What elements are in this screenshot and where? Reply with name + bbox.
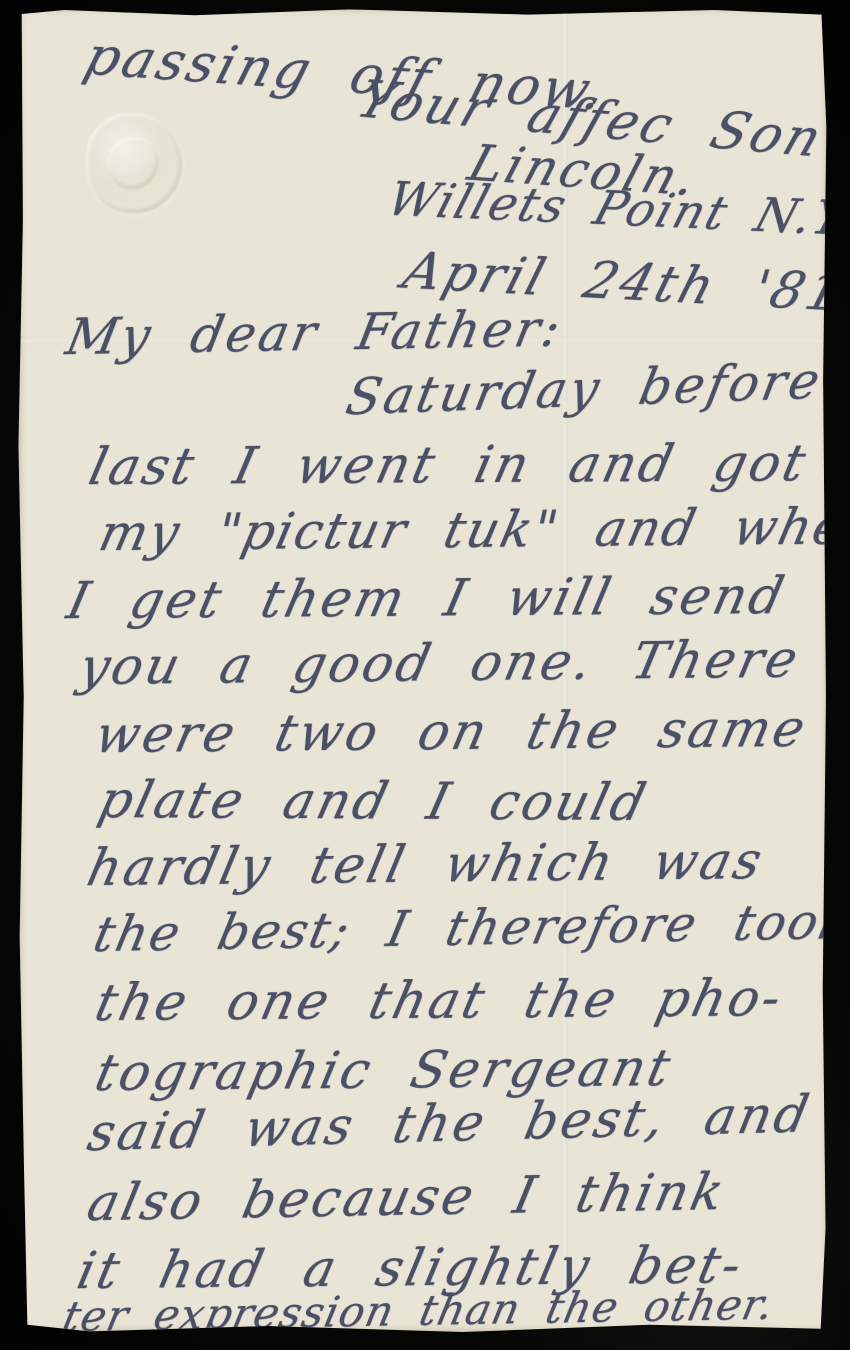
body-line: also because I think — [83, 1167, 731, 1229]
body-line: Saturday before — [342, 355, 826, 422]
letter-page: passing off now. Your affec Son Lincoln.… — [16, 8, 828, 1334]
body-line: I get them I will send — [63, 571, 791, 627]
body-line: last I went in and got — [84, 438, 812, 493]
body-line: the one that the pho- — [91, 973, 789, 1029]
body-line: ter expression than the other. — [59, 1284, 778, 1339]
embossed-seal — [86, 113, 182, 213]
body-line: you a good one. There — [75, 634, 805, 693]
body-line: the best; I therefore took — [90, 897, 850, 959]
letter-scan: passing off now. Your affec Son Lincoln.… — [0, 0, 850, 1350]
body-line: plate and I could — [94, 775, 653, 829]
body-line: hardly tell which was — [83, 836, 769, 894]
heading-place: Willets Point N.Y.H. — [382, 176, 850, 245]
body-line: were two on the same — [91, 704, 813, 761]
body-line: my "pictur tuk" and when — [95, 501, 850, 558]
salutation: My dear Father: — [62, 303, 567, 362]
